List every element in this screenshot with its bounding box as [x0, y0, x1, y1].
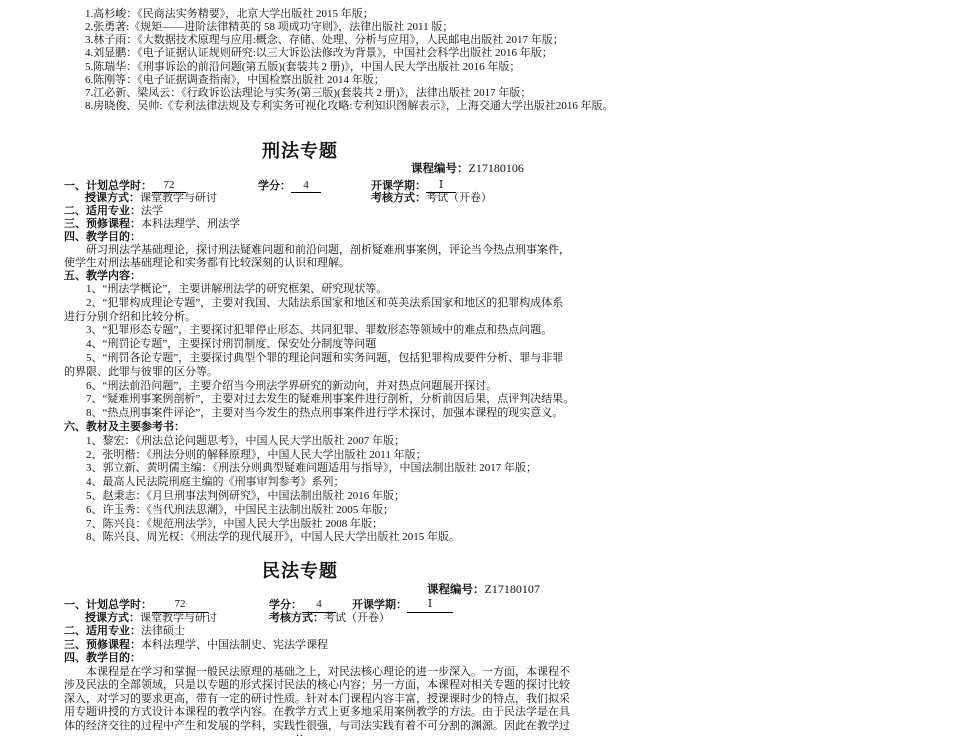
total-hours-value: 72 — [152, 179, 186, 193]
purpose-paragraph: 研习刑法学基础理论，探讨刑法疑难问题和前沿问题，剖析疑难刑事案例，评论当今热点刑… — [64, 244, 624, 270]
section-title-civil-law: 民法专题 — [0, 557, 600, 583]
assessment-label: 考核方式： — [371, 192, 426, 204]
major-line: 二、适用专业：法学 — [64, 205, 624, 218]
books-label: 六、教材及主要参考书： — [64, 421, 624, 435]
course-content-block: 1、“刑法学概论”，主要讲解刑法学的研究框架、研究现状等。 2、“犯罪构成理论专… — [64, 283, 624, 545]
content-line: 8、“热点刑事案件评论”，主要对当今发生的热点刑事案件进行学术探讨，加强本课程的… — [64, 407, 624, 421]
assessment-value: 考试（开卷） — [324, 612, 390, 624]
purpose-line: 深入，对学习的要求更高，带有一定的研讨性质。针对本门课程内容丰富，授课课时少的特… — [64, 693, 624, 707]
course-code-line: 课程编号：Z17180106 — [411, 160, 524, 176]
major-value: 法律硕士 — [141, 625, 185, 637]
semester-value: Ⅰ — [426, 179, 456, 193]
purpose-line: 使学生对刑法基础理论和实务都有比较深刻的认识和理解。 — [64, 257, 624, 270]
content-label: 五、教学内容： — [64, 270, 624, 283]
content-line: 5、“刑罚各论专题”，主要探讨典型个罪的理论问题和实务问题，包括犯罪构成要件分析… — [64, 352, 624, 366]
meta-line-2: 授课方式：课堂教学与研讨 考核方式：考试（开卷） — [64, 612, 624, 626]
total-hours-label: 一、计划总学时： — [64, 180, 152, 192]
reference-item: 5.陈瑞华：《刑事诉讼的前沿问题(第五版)(套装共 2 册)》，中国人民大学出版… — [85, 61, 614, 74]
major-label: 二、适用专业： — [64, 205, 141, 217]
total-hours-value: 72 — [152, 598, 208, 613]
purpose-paragraph: 本课程是在学习和掌握一般民法原理的基础之上，对民法核心理论的进一步深入。一方面，… — [64, 666, 624, 734]
credits-label: 学分： — [269, 599, 302, 611]
reference-item: 7.江必新、梁凤云：《行政诉讼法理论与实务(第三版)(套装共 2 册)》，法律出… — [85, 87, 614, 100]
content-line: 3、“犯罪形态专题”，主要探讨犯罪停止形态、共同犯罪、罪数形态等领域中的难点和热… — [64, 324, 624, 338]
content-line: 2、“犯罪构成理论专题”，主要对我国、大陆法系国家和地区和英美法系国家和地区的犯… — [64, 297, 624, 311]
course-header-block: 一、计划总学时：72 学分：4 开课学期：Ⅰ 授课方式：课堂教学与研讨 考核方式… — [64, 598, 624, 733]
prereq-label: 三、预修课程： — [64, 218, 141, 230]
course-code-value: Z17180107 — [485, 582, 540, 596]
book-line: 1、黎宏：《刑法总论问题思考》，中国人民大学出版社 2007 年版； — [64, 435, 624, 449]
assessment-label: 考核方式： — [269, 612, 324, 624]
book-line: 3、郭立新、黄明儒主编：《刑法分则典型疑难问题适用与指导》，中国法制出版社 20… — [64, 462, 624, 476]
reference-item: 2.张勇著:《规矩——进阶法律精英的 58 项成功守则》，法律出版社 2011 … — [85, 21, 614, 34]
reference-list: 1.高杉峻：《民商法实务精要》，北京大学出版社 2015 年版；2.张勇著:《规… — [85, 8, 614, 113]
prereq-line: 三、预修课程：本科法理学、刑法学 — [64, 218, 624, 231]
semester-label: 开课学期： — [352, 599, 407, 611]
content-line: 1、“刑法学概论”，主要讲解刑法学的研究框架、研究现状等。 — [64, 283, 624, 297]
book-line: 8、陈兴良、周光权：《刑法学的现代展开》，中国人民大学出版社 2015 年版。 — [64, 531, 624, 545]
course-code-label: 课程编号： — [427, 584, 485, 596]
purpose-label: 四、教学目的： — [64, 652, 624, 666]
credits-label: 学分： — [258, 180, 291, 192]
content-list: 1、“刑法学概论”，主要讲解刑法学的研究框架、研究现状等。 2、“犯罪构成理论专… — [64, 283, 624, 421]
reference-item: 3.林子雨：《大数据技术原理与应用:概念、存储、处理、分析与应用》，人民邮电出版… — [85, 34, 614, 47]
prereq-value: 本科法理学、刑法学 — [141, 218, 240, 230]
course-code-value: Z17180106 — [469, 161, 524, 175]
book-line: 6、许玉秀：《当代刑法思潮》，中国民主法制出版社 2005 年版； — [64, 504, 624, 518]
book-list: 1、黎宏：《刑法总论问题思考》，中国人民大学出版社 2007 年版； 2、张明楷… — [64, 435, 624, 545]
purpose-label: 四、教学目的： — [64, 231, 624, 244]
semester-value: Ⅰ — [407, 598, 453, 613]
reference-item: 6.陈刚等：《电子证据调查指南》，中国检察出版社 2014 年版； — [85, 74, 614, 87]
book-line: 7、陈兴良：《规范刑法学》，中国人民大学出版社 2008 年版； — [64, 518, 624, 532]
purpose-line: 涉及民法的全部领域，只是以专题的形式探讨民法的核心内容；另一方面，本课程对相关专… — [64, 679, 624, 693]
major-label: 二、适用专业： — [64, 625, 141, 637]
prereq-value: 本科法理学、中国法制史、宪法学课程 — [141, 639, 328, 651]
assessment-value: 考试（开卷） — [426, 192, 492, 204]
content-line: 的界限、此罪与彼罪的区分等。 — [64, 366, 624, 380]
book-line: 4、最高人民法院刑庭主编的《刑事审判参考》系列； — [64, 476, 624, 490]
credits-value: 4 — [291, 179, 321, 193]
semester-label: 开课学期： — [371, 180, 426, 192]
teaching-method-label: 授课方式： — [85, 612, 140, 624]
purpose-line: 本课程是在学习和掌握一般民法原理的基础之上，对民法核心理论的进一步深入。一方面，… — [64, 666, 624, 680]
course-code-label: 课程编号： — [411, 163, 469, 175]
content-line: 进行分别介绍和比较分析。 — [64, 311, 624, 325]
purpose-line: 研习刑法学基础理论，探讨刑法疑难问题和前沿问题，剖析疑难刑事案例，评论当今热点刑… — [64, 244, 624, 257]
reference-item: 8.房晓俊、吴帅:《专利法律法规及专利实务可视化攻略:专利知识图解表示》，上海交… — [85, 100, 614, 113]
meta-line-2: 授课方式：课堂教学与研讨 考核方式：考试（开卷） — [64, 192, 624, 205]
content-line: 6、“刑法前沿问题”，主要介绍当今刑法学界研究的新动向，并对热点问题展开探讨。 — [64, 380, 624, 394]
reference-item: 1.高杉峻：《民商法实务精要》，北京大学出版社 2015 年版； — [85, 8, 614, 21]
content-line: 7、“疑难刑事案例剖析”，主要对过去发生的疑难刑事案件进行剖析，分析前因后果，点… — [64, 393, 624, 407]
content-line: 4、“刑罚论专题”，主要探讨刑罚制度、保安处分制度等问题 — [64, 338, 624, 352]
total-hours-label: 一、计划总学时： — [64, 599, 152, 611]
course-header-block: 一、计划总学时：72 学分：4 开课学期：Ⅰ 授课方式：课堂教学与研讨 考核方式… — [64, 179, 624, 283]
prereq-line: 三、预修课程：本科法理学、中国法制史、宪法学课程 — [64, 639, 624, 653]
reference-item: 4.刘显鹏：《电子证据认证规则研究:以三大诉讼法修改为背景》，中国社会科学出版社… — [85, 47, 614, 60]
prereq-label: 三、预修课程： — [64, 639, 141, 651]
meta-line-1: 一、计划总学时：72 学分：4 开课学期：Ⅰ — [64, 598, 624, 612]
major-line: 二、适用专业：法律硕士 — [64, 625, 624, 639]
credits-value: 4 — [302, 598, 336, 613]
book-line: 2、张明楷：《刑法分则的解释原理》，中国人民大学出版社 2011 年版； — [64, 449, 624, 463]
course-code-line: 课程编号：Z17180107 — [427, 581, 540, 597]
teaching-method-value: 课堂教学与研讨 — [140, 612, 217, 624]
page-footer-mark: .. — [0, 727, 600, 737]
meta-line-1: 一、计划总学时：72 学分：4 开课学期：Ⅰ — [64, 179, 624, 192]
book-line: 5、赵秉志：《月旦刑事法判例研究》，中国法制出版社 2016 年版； — [64, 490, 624, 504]
teaching-method-value: 课堂教学与研讨 — [140, 192, 217, 204]
major-value: 法学 — [141, 205, 163, 217]
teaching-method-label: 授课方式： — [85, 192, 140, 204]
syllabus-page: { "references": [ "1.高杉峻：《民商法实务精要》，北京大学出… — [0, 0, 960, 737]
purpose-line: 用专题讲授的方式设计本课程的教学内容。在教学方式上更多地采用案例教学的方法。由于… — [64, 706, 624, 720]
